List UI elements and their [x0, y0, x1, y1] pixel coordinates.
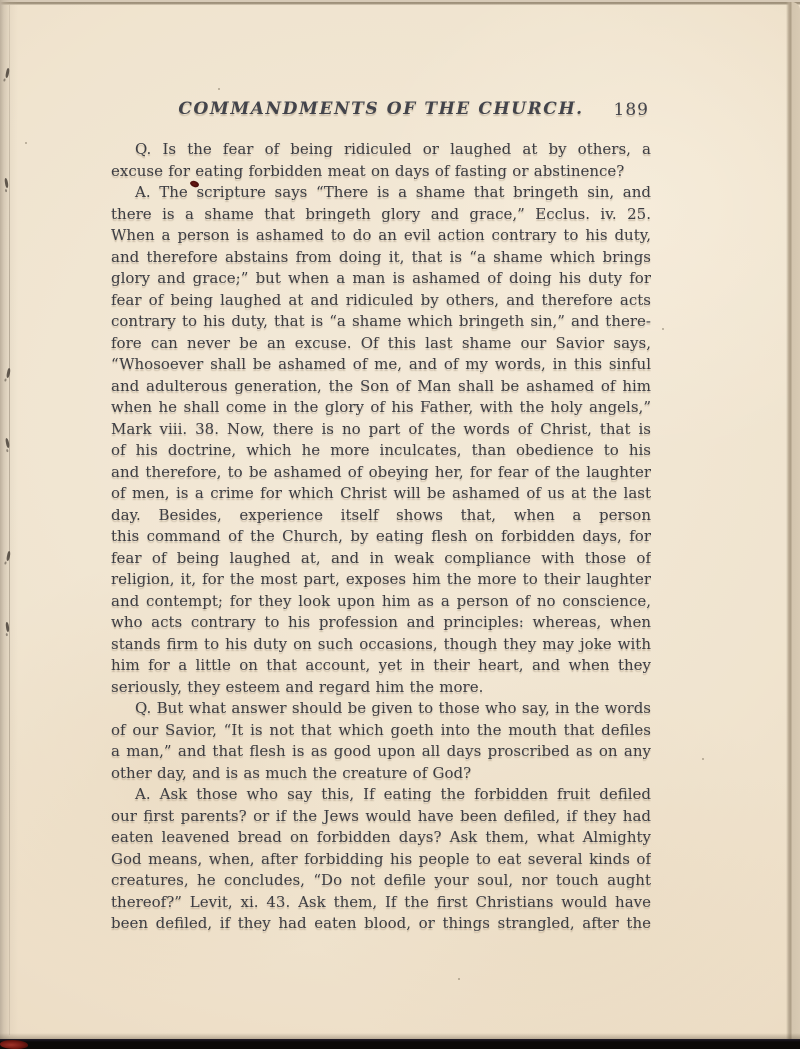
running-head-title: COMMANDMENTS OF THE CHURCH.	[111, 99, 651, 119]
text-line: fear of being laughed at and ridiculed b…	[111, 290, 651, 312]
text-line: of his doctrine, which he more inculcate…	[111, 440, 651, 462]
text-line: God means, when, after forbidding his pe…	[111, 849, 651, 871]
text-line: contrary to his duty, that is “a shame w…	[111, 311, 651, 333]
text-line: seriously, they esteem and regard him th…	[111, 677, 651, 699]
paper-speck	[218, 88, 220, 90]
text-line: fear of being laughed at, and in weak co…	[111, 548, 651, 570]
text-line: him for a little on that account, yet in…	[111, 655, 651, 677]
text-line: and therefore, to be ashamed of obeying …	[111, 462, 651, 484]
text-line: a man,” and that flesh is as good upon a…	[111, 741, 651, 763]
paper-speck	[662, 328, 664, 330]
page-top-edge	[0, 0, 800, 5]
text-line: day. Besides, experience itself shows th…	[111, 505, 651, 527]
text-line: and contempt; for they look upon him as …	[111, 591, 651, 613]
text-line: there is a shame that bringeth glory and…	[111, 204, 651, 226]
paper-speck	[702, 758, 704, 760]
text-line: eaten leavened bread on forbidden days? …	[111, 827, 651, 849]
text-line: “Whosoever shall be ashamed of me, and o…	[111, 354, 651, 376]
scanner-artifact-red-blob	[0, 1040, 28, 1049]
text-line: been defiled, if they had eaten blood, o…	[111, 913, 651, 935]
scanner-background-band	[0, 1039, 800, 1049]
text-line: stands firm to his duty on such occasion…	[111, 634, 651, 656]
text-line: this command of the Church, by eating fl…	[111, 526, 651, 548]
text-line: excuse for eating forbidden meat on days…	[111, 161, 651, 183]
text-line: Mark viii. 38. Now, there is no part of …	[111, 419, 651, 441]
scanned-book-page: COMMANDMENTS OF THE CHURCH. 189 Q. Is th…	[0, 0, 800, 1049]
text-line: creatures, he concludes, “Do not defile …	[111, 870, 651, 892]
text-line: When a person is ashamed to do an evil a…	[111, 225, 651, 247]
text-line: thereof?” Levit, xi. 43. Ask them, If th…	[111, 892, 651, 914]
page-right-edge	[786, 2, 800, 1039]
text-line: of men, is a crime for which Christ will…	[111, 483, 651, 505]
page-number: 189	[614, 100, 649, 120]
binding-crease	[9, 5, 10, 1035]
text-line: of our Savior, “It is not that which goe…	[111, 720, 651, 742]
paper-speck	[458, 978, 460, 980]
text-line: Q. Is the fear of being ridiculed or lau…	[111, 139, 651, 161]
paper-speck	[25, 142, 27, 144]
text-line: and adulterous generation, the Son of Ma…	[111, 376, 651, 398]
text-line: religion, it, for the most part, exposes…	[111, 569, 651, 591]
text-line: our first parents? or if the Jews would …	[111, 806, 651, 828]
running-head: COMMANDMENTS OF THE CHURCH. 189	[111, 99, 651, 123]
text-line: A. Ask those who say this, If eating the…	[111, 784, 651, 806]
text-line: other day, and is as much the creature o…	[111, 763, 651, 785]
text-block: Q. Is the fear of being ridiculed or lau…	[111, 139, 651, 935]
text-line: and therefore abstains from doing it, th…	[111, 247, 651, 269]
text-line: glory and grace;” but when a man is asha…	[111, 268, 651, 290]
text-line: Q. But what answer should be given to th…	[111, 698, 651, 720]
text-line: fore can never be an excuse. Of this las…	[111, 333, 651, 355]
text-line: who acts contrary to his profession and …	[111, 612, 651, 634]
text-line: when he shall come in the glory of his F…	[111, 397, 651, 419]
